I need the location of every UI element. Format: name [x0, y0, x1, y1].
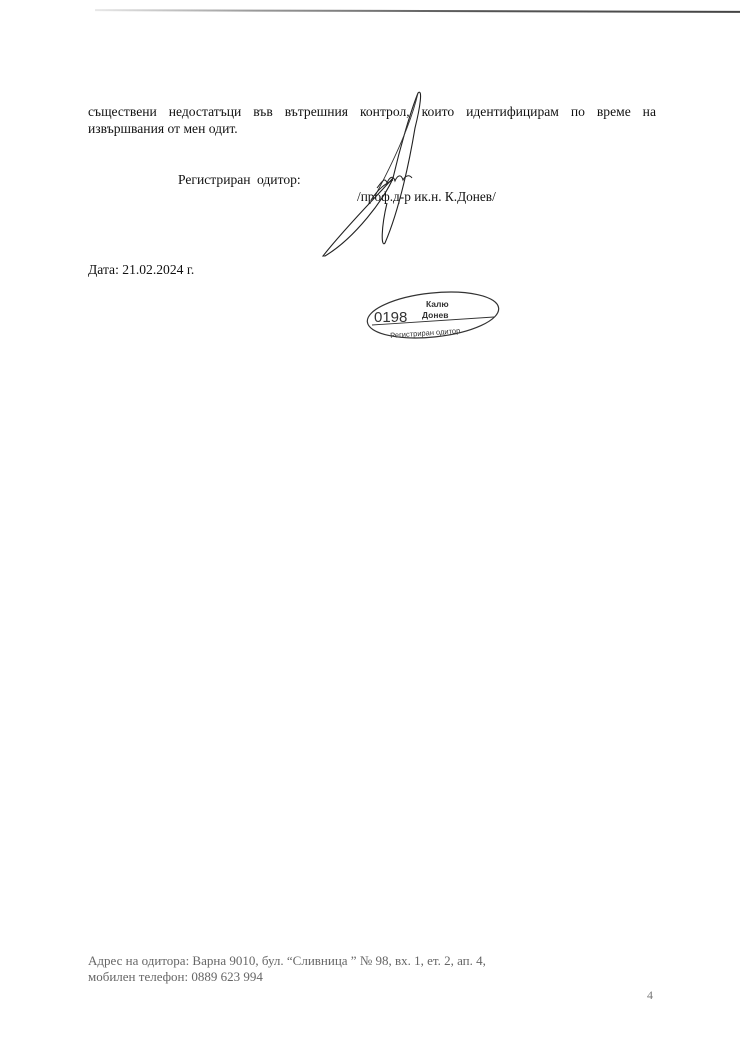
auditor-label: Регистриран одитор:	[178, 172, 301, 188]
signature-icon	[315, 88, 455, 263]
page-number: 4	[647, 988, 653, 1003]
footer: Адрес на одитора: Варна 9010, бул. “Слив…	[88, 953, 486, 985]
document-date: Дата: 21.02.2024 г.	[88, 262, 194, 278]
footer-phone: мобилен телефон: 0889 623 994	[88, 969, 486, 985]
stamp-number: 0198	[374, 309, 407, 326]
stamp-first-name: Калю	[426, 299, 449, 309]
stamp-last-name: Донев	[422, 310, 448, 320]
footer-address: Адрес на одитора: Варна 9010, бул. “Слив…	[88, 953, 486, 969]
top-border-line	[95, 9, 740, 13]
auditor-stamp: 0198 Калю Донев Регистриран одитор	[364, 289, 502, 341]
